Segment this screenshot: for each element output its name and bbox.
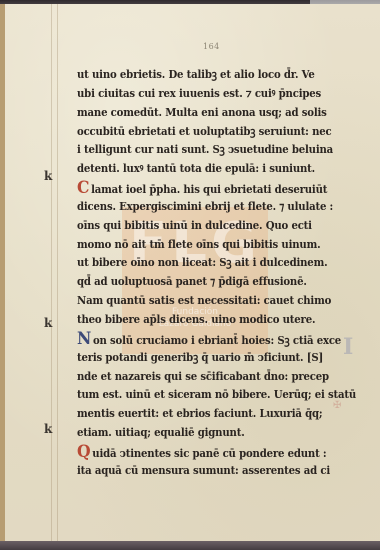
folio-number: 164 bbox=[203, 42, 220, 51]
margin-ruling-line bbox=[57, 4, 58, 542]
text-line: i telligunt cur nati sunt. Sꝫ ↄsuetudine… bbox=[77, 141, 335, 160]
text-line: ut bibere oīno non liceat: Sꝫ ait i dulc… bbox=[77, 254, 335, 273]
text-line: Nam quantū satis est necessitati: cauet … bbox=[77, 292, 335, 311]
marginal-mark: k bbox=[44, 316, 52, 330]
text-line: detenti. luxꝰ tantū tota die epulā: i su… bbox=[77, 160, 335, 179]
text-line: Clamat ioel p̄pha. his qui ebrietati des… bbox=[77, 179, 335, 198]
text-line: etiam. uitiaq; equaliē gignunt. bbox=[77, 424, 335, 443]
book-bottom-edge bbox=[0, 541, 380, 550]
text-line: tum est. uinū et siceram nō bibere. Uerū… bbox=[77, 386, 335, 405]
text-line: nde et nazareis qui se sc̄ificabant d̄no… bbox=[77, 368, 335, 387]
text-line: ita aquā cū mensura sumunt: asserentes a… bbox=[77, 462, 335, 481]
marginal-mark: k bbox=[44, 422, 52, 436]
text-line: teris potandi generibꝫ q̄ uario m̄ ↄfici… bbox=[77, 349, 335, 368]
rubric-initial-c: C bbox=[77, 179, 89, 197]
margin-ruling-line bbox=[51, 4, 52, 542]
text-line: oīns qui bibitis uinū in dulcedine. Quo … bbox=[77, 217, 335, 236]
blue-initial-n: N bbox=[77, 330, 91, 348]
manuscript-page: 164 FLG Fundación Lázaro Galdiano k k k … bbox=[0, 4, 380, 542]
text-line: occubitū ebrietati et uoluptatibꝫ seruiu… bbox=[77, 123, 335, 142]
rubric-initial-q: Q bbox=[77, 443, 90, 461]
text-line: mentis euertit: et ebrios faciunt. Luxur… bbox=[77, 405, 335, 424]
text-line: Non solū cruciamo i ebriant̄ hoies: Sꝫ c… bbox=[77, 330, 335, 349]
text-column: ut uino ebrietis. De talibꝫ et alio loco… bbox=[77, 66, 357, 481]
text-line: Quidā ↄtinentes sic panē cū pondere edun… bbox=[77, 443, 335, 462]
text-line: mane comedūt. Multa eni anona usq; ad so… bbox=[77, 104, 335, 123]
text-line: momo nō ait tm̄ flete oīns qui bibitis u… bbox=[77, 236, 335, 255]
text-line: ubi ciuitas cui rex iuuenis est. ⁊ cuiꝰ … bbox=[77, 85, 335, 104]
text-line: dicens. Expergiscimini ebrij et flete. ⁊… bbox=[77, 198, 335, 217]
marginal-mark: k bbox=[44, 169, 52, 183]
text-line: ut uino ebrietis. De talibꝫ et alio loco… bbox=[77, 66, 335, 85]
text-line: theo bibere ap̄ls dicens. uino modico ut… bbox=[77, 311, 335, 330]
text-line: qd̄ ad uoluptuosā panet ⁊ p̄digā effusio… bbox=[77, 273, 335, 292]
